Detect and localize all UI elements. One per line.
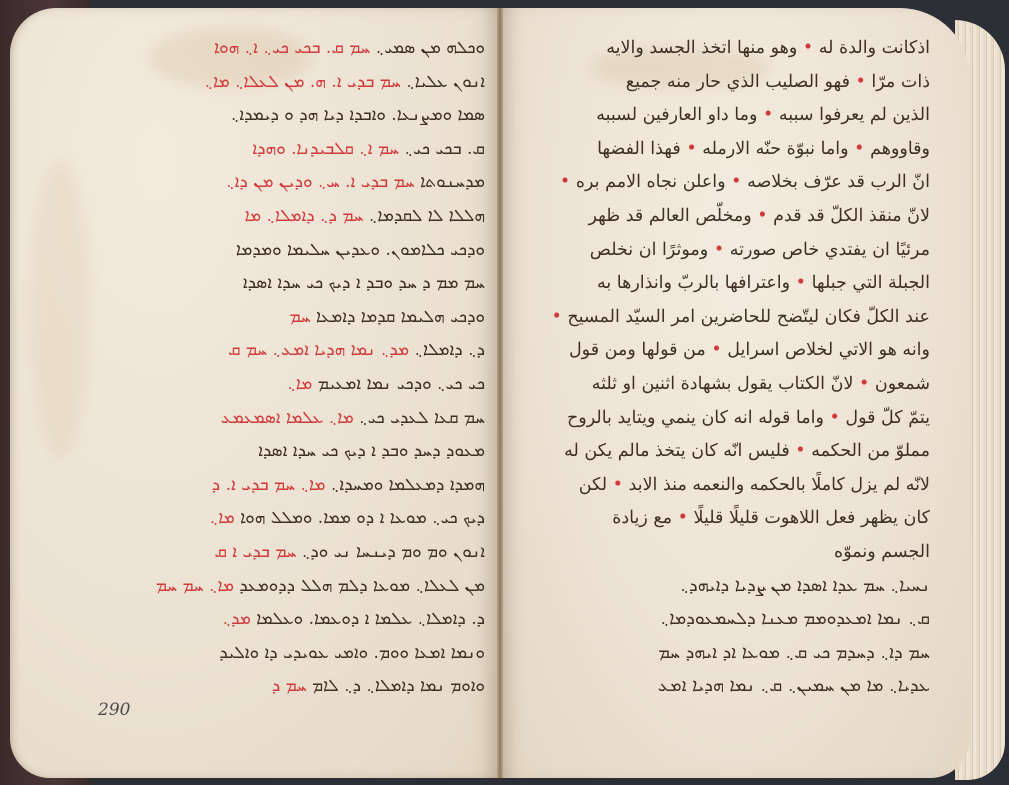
rubric-text: ܚܡ ܐ܆ ܩܠܒܝܕܢܐ. ܘܗܕܐ bbox=[252, 139, 399, 159]
manuscript-line: يتمّ كلّ قول • واما قوله انه كان ينمي وي… bbox=[520, 402, 930, 436]
manuscript-line: ܐܢܘܢ ܘܡ ܘܡ ܕܝܢܚܐ ܢܝ ܘܕ܆ ܚܡ ܒܕܝ ܐ ܩ bbox=[95, 536, 485, 570]
line-text: ܐܢܘܢ ܘܡ ܘܡ ܕܝܢܚܐ ܢܝ ܘܕ܆ bbox=[296, 542, 485, 562]
rubric-text: ܡܐ܆ ܚܡ ܒܕܝ ܐ. ܕ bbox=[212, 475, 326, 495]
manuscript-line: ܡܢ ܠܥܠܐ܆ ܡܘܥܐ ܕܠܡ ܗܠܠ ܕܕܘܡܥܕ ܡܐ܆ ܚܡ ܚܡ bbox=[95, 570, 485, 604]
manuscript-line: ܡܥܘܕ ܕܚܕ ܘܒܕ ܐ ܕܝܟ ܟܝ ܚܕܐ ܐܣܕܐ bbox=[95, 435, 485, 469]
rubric-text: ܚܡ bbox=[290, 307, 311, 327]
manuscript-line: ܡܕܚܢܘܬܐ ܚܡ ܒܕܝ ܐ. ܚ܆ ܘܕܝܢ ܡܢ ܕܐ܆ bbox=[95, 166, 485, 200]
manuscript-line: ܕ. ܕܐܡܠܐ܆ ܥܠܡܐ ܐ ܕܘܥܡܐ. ܘܥܠܡܐ ܡܕ܆ bbox=[95, 603, 485, 637]
line-text: ܘܕܟܝ ܟܠܐܡܘܢ. ܘܥܕܝܢ ܚܠܝܡܐ ܘܡܕܡܐ bbox=[236, 240, 485, 260]
manuscript-line: ܘܐܘܡ ܢܡܐ ܕܐܡܠܐ܆ ܕ܆ ܠܐܡ ܚܡ ܕ bbox=[95, 670, 485, 704]
manuscript-line: ܐܢܘܢ ܥܠܝܐ܆ ܚܡ ܒܕܝ ܐ. ܗ. ܡܢ ܠܥܠܐ܆ ܡܐ܆ bbox=[95, 66, 485, 100]
manuscript-line: ܥܕܝܐ܆ ܡܐ ܡܢ ܚܡܝܢ܆ ܩ܆ ܢܡܐ ܗܕܝܐ ܐܡܥ bbox=[520, 670, 930, 704]
rubric-text: ܡܐ܆ ܥܠܡܐ ܐܣܡܥܡܥ bbox=[221, 408, 354, 428]
line-text: ܕܝܟ ܟܝ܆ ܡܘܥܐ ܐ ܕܘ ܡܡܐ. ܘܡܠܠ ܗܘܐ bbox=[235, 508, 485, 528]
edge-stain bbox=[30, 158, 90, 458]
manuscript-line: ܘܟܠܗ ܡܢ ܣܡܝ܆ ܚܡ ܩ. ܒܟܝ ܟܝ܆ ܐ܆ ܗܘܐ bbox=[95, 32, 485, 66]
manuscript-line: ܣܡܐ ܘܡܨܢܥܐ. ܘܐܒܕܐ ܕܝܐ ܗܕ ܘ ܕܝܡܕܐ܆ bbox=[95, 99, 485, 133]
manuscript-line: ܕ܆ ܕܐܡܠܐ܆ ܡܕ܆ ܢܡܐ ܗܕܝܐ ܐܡܥ܆ ܚܡ ܩ bbox=[95, 334, 485, 368]
manuscript-line: ذات مرّا • فهو الصليب الذي حار منه جميع bbox=[520, 66, 930, 100]
manuscript-line: ܗܡܕܐ ܕܡܥܠܡܐ ܘܡܚܕܐ܆ ܡܐ܆ ܚܡ ܒܕܝ ܐ. ܕ bbox=[95, 469, 485, 503]
manuscript-line: ܘܕܟܝ ܗܠܝܡܐ ܩܕܡܐ ܕܐܡܥܐ ܚܡ bbox=[95, 301, 485, 335]
folio-number: 290 bbox=[98, 700, 130, 720]
line-text: ܗܠܠܐ ܠܐ ܠܩܕܡܐ܆ bbox=[363, 206, 485, 226]
manuscript-line: ܚܡ ܩܥܐ ܠܥܕܝ ܟܝ܆ ܡܐ܆ ܥܠܡܐ ܐܣܡܥܡܥ bbox=[95, 402, 485, 436]
line-text: ܡܢ ܠܥܠܐ܆ ܡܘܥܐ ܕܠܡ ܗܠܠ ܕܕܘܡܥܕ bbox=[234, 576, 485, 596]
manuscript-line: ܩ܆ ܢܡܐ ܐܡܥܕܘܡܡ ܡܥܢܐ ܕܠܚܡܥܘܕܡܐ܆ bbox=[520, 603, 930, 637]
right-page-text: اذكانت والدة له • وهو منها اتخذ الجسد وا… bbox=[520, 32, 930, 704]
line-text: ܚܡ ܩܥܐ ܠܥܕܝ ܟܝ܆ bbox=[354, 408, 485, 428]
manuscript-line: ܚܡ ܕܐ܆ ܕܚܕܡ ܟܝ ܩ܆ ܡܘܥܐ ܐܕ ܐܝܗܕ ܚܡ bbox=[520, 637, 930, 671]
manuscript-line: مرئيًا ان يفتدي خاص صورته • وموثرًا ان ن… bbox=[520, 234, 930, 268]
manuscript-line: الجسم ونموّه bbox=[520, 536, 930, 570]
manuscript-line: ܢܚܝܐ܆ ܚܡ ܥܕܐ ܐܣܕܐ ܡܢ ܨܕܝܐ ܕܐܝܗܕ܆ bbox=[520, 570, 930, 604]
manuscript-line: الذين لم يعرفوا سببه • وما داو العارفين … bbox=[520, 99, 930, 133]
manuscript-line: وانه هو الاتي لخلاص اسرايل • من قولها وم… bbox=[520, 334, 930, 368]
manuscript-line: ܘܕܟܝ ܟܠܐܡܘܢ. ܘܥܕܝܢ ܚܠܝܡܐ ܘܡܕܡܐ bbox=[95, 234, 485, 268]
line-text: ܕ܆ ܕܐܡܠܐ܆ bbox=[409, 340, 485, 360]
rubric-text: ܡܕ܆ ܢܡܐ ܗܕܝܐ ܐܡܥ܆ ܚܡ ܩ bbox=[228, 340, 409, 360]
manuscript-line: عند الكلّ فكان ليتّضح للحاضرين امر السيّ… bbox=[520, 301, 930, 335]
rubric-text: ܡܕ܆ bbox=[223, 609, 251, 629]
manuscript-line: ܘܢܡܐ ܐܡܥܐ ܘܘܡ. ܘܐܡܝ ܥܘܝܕܝ ܕܐ ܘܐܠܝܕ bbox=[95, 637, 485, 671]
manuscript-line: الجبلة التي جبلها • واعترافها بالربّ وان… bbox=[520, 267, 930, 301]
line-text: ܘܢܡܐ ܐܡܥܐ ܘܘܡ. ܘܐܡܝ ܥܘܝܕܝ ܕܐ ܘܐܠܝܕ bbox=[219, 643, 485, 663]
manuscript-line: ܚܡ ܡܡ ܕ ܚܕ ܘܒܕ ܐ ܕܝܟ ܟܝ ܚܕܐ ܐܣܕܐ bbox=[95, 267, 485, 301]
line-text: ܗܡܕܐ ܕܡܥܠܡܐ ܘܡܚܕܐ܆ bbox=[326, 475, 485, 495]
rubric-text: ܚܡ ܒܕܝ ܐ. ܗ. ܡܢ ܠܥܠܐ܆ ܡܐ܆ bbox=[205, 72, 401, 92]
rubric-text: ܚܡ ܕ bbox=[272, 676, 307, 696]
line-text: ܡܕܚܢܘܬܐ bbox=[415, 172, 485, 192]
rubric-text: ܚܡ ܒܕܝ ܐ. ܚ܆ ܘܕܝܢ ܡܢ ܕܐ܆ bbox=[226, 172, 415, 192]
manuscript-line: ܟܝ ܟܝ܆ ܘܕܟܝ ܢܡܐ ܐܡܥܝܡ ܡܐ܆ bbox=[95, 368, 485, 402]
rubric-text: ܚܡ ܩ. ܒܟܝ ܟܝ܆ ܐ܆ ܗܘܐ bbox=[214, 38, 370, 58]
line-text: ܘܟܠܗ ܡܢ ܣܡܝ܆ bbox=[370, 38, 485, 58]
line-text: ܐܢܘܢ ܥܠܝܐ܆ bbox=[401, 72, 485, 92]
line-text: ܕ. ܕܐܡܠܐ܆ ܥܠܡܐ ܐ ܕܘܥܡܐ. ܘܥܠܡܐ bbox=[251, 609, 485, 629]
manuscript-line: ܕܝܟ ܟܝ܆ ܡܘܥܐ ܐ ܕܘ ܡܡܐ. ܘܡܠܠ ܗܘܐ ܡܐ܆ bbox=[95, 502, 485, 536]
manuscript-line: شمعون • لانّ الكتاب يقول بشهادة اثنين او… bbox=[520, 368, 930, 402]
manuscript-line: انّ الرب قد عرّف بخلاصه • واعلن نجاه الا… bbox=[520, 166, 930, 200]
rubric-text: ܡܐ܆ ܚܡ ܚܡ bbox=[156, 576, 234, 596]
line-text: ܟܝ ܟܝ܆ ܘܕܟܝ ܢܡܐ ܐܡܥܝܡ bbox=[312, 374, 485, 394]
rubric-text: ܡܐ܆ bbox=[287, 374, 312, 394]
line-text: ܚܡ ܡܡ ܕ ܚܕ ܘܒܕ ܐ ܕܝܟ ܟܝ ܚܕܐ ܐܣܕܐ bbox=[243, 273, 485, 293]
manuscript-line: ܗܠܠܐ ܠܐ ܠܩܕܡܐ܆ ܚܡ ܕ܆ ܕܐܡܠܐ܆ ܡܐ bbox=[95, 200, 485, 234]
rubric-text: ܚܡ ܒܕܝ ܐ ܩ bbox=[214, 542, 296, 562]
book-gutter bbox=[497, 8, 503, 778]
manuscript-line: وقاووهم • واما نبوّة حنّه الارمله • فهذا… bbox=[520, 133, 930, 167]
manuscript-line: كان يظهر فعل اللاهوت قليلًا قليلًا • مع … bbox=[520, 502, 930, 536]
manuscript-line: مملوّ من الحكمه • فليس انّه كان يتخذ مال… bbox=[520, 435, 930, 469]
left-page-text: ܘܟܠܗ ܡܢ ܣܡܝ܆ ܚܡ ܩ. ܒܟܝ ܟܝ܆ ܐ܆ ܗܘܐܐܢܘܢ ܥܠ… bbox=[95, 32, 485, 704]
line-text: ܣܡܐ ܘܡܨܢܥܐ. ܘܐܒܕܐ ܕܝܐ ܗܕ ܘ ܕܝܡܕܐ܆ bbox=[231, 105, 485, 125]
line-text: ܘܕܟܝ ܗܠܝܡܐ ܩܕܡܐ ܕܐܡܥܐ bbox=[311, 307, 485, 327]
manuscript-line: اذكانت والدة له • وهو منها اتخذ الجسد وا… bbox=[520, 32, 930, 66]
line-text: ܡܥܘܕ ܕܚܕ ܘܒܕ ܐ ܕܝܟ ܟܝ ܚܕܐ ܐܣܕܐ bbox=[258, 441, 485, 461]
manuscript-line: ܩ. ܒܟܝ ܟܝ܆ ܚܡ ܐ܆ ܩܠܒܝܕܢܐ. ܘܗܕܐ bbox=[95, 133, 485, 167]
line-text: ܘܐܘܡ ܢܡܐ ܕܐܡܠܐ܆ ܕ܆ ܠܐܡ bbox=[307, 676, 485, 696]
rubric-text: ܡܐ܆ bbox=[210, 508, 235, 528]
manuscript-line: لانّه لم يزل كاملًا بالحكمه والنعمه منذ … bbox=[520, 469, 930, 503]
line-text: ܩ. ܒܟܝ ܟܝ܆ bbox=[399, 139, 485, 159]
manuscript-line: لانّ منقذ الكلّ قد قدم • ومخلّص العالم ق… bbox=[520, 200, 930, 234]
rubric-text: ܚܡ ܕ܆ ܕܐܡܠܐ܆ ܡܐ bbox=[245, 206, 364, 226]
